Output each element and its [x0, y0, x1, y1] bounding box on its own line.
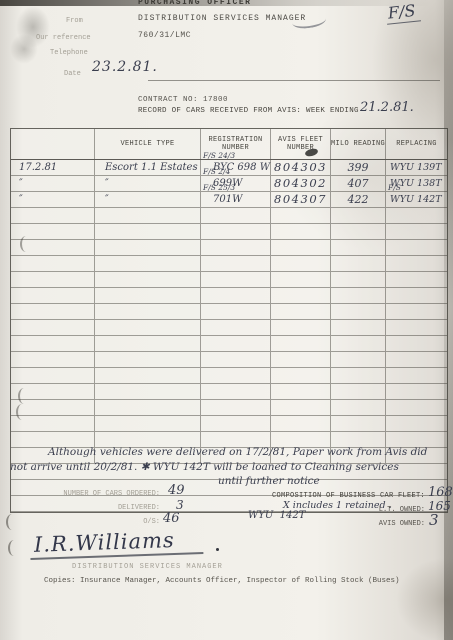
- delivery-date: ″: [11, 192, 95, 207]
- vehicle-type: Escort 1.1 Estates: [95, 160, 201, 175]
- table-empty-row: [11, 256, 447, 272]
- delivery-note-line2: not arrive until 20/2/81. ✱ WYU 142T wil…: [10, 461, 399, 473]
- milo-reading: 407: [331, 176, 386, 191]
- margin-mark: [8, 540, 20, 556]
- replacing-value: F/SWYU 142T: [386, 192, 447, 207]
- fleet-number: 804307: [271, 192, 331, 207]
- ruled-line: [148, 80, 440, 81]
- margin-mark: [6, 514, 18, 530]
- date-value: 23.2.81.: [92, 59, 158, 75]
- header-date: [11, 129, 95, 159]
- signature: I.R.Williams: [30, 527, 204, 560]
- delivery-date: 17.2.81: [11, 160, 95, 175]
- ordered-value: 49: [168, 483, 185, 498]
- fleet-number: 804303: [271, 160, 331, 175]
- addressee-line: PURCHASING OFFICER: [138, 0, 251, 7]
- header-avis-fleet-number: AVIS FLEET NUMBER: [271, 129, 331, 159]
- table-empty-row: [11, 272, 447, 288]
- registration-note: F/S 2/4: [203, 168, 230, 176]
- delivery-note-line1: Although vehicles were delivered on 17/2…: [48, 446, 427, 458]
- fleet-composition-label: COMPOSITION OF BUSINESS CAR FLEET:: [200, 492, 425, 500]
- lt-owned-label: L.T. OWNED:: [370, 506, 425, 514]
- table-empty-row: [11, 384, 447, 400]
- reference-value: 760/31/LMC: [138, 31, 191, 40]
- corner-reference-mark: F/S: [385, 0, 421, 24]
- table-empty-row: [11, 368, 447, 384]
- avis-owned-label: AVIS OWNED:: [355, 520, 425, 528]
- header-milo-reading: MILO READING: [331, 129, 386, 159]
- wyu-loan-note: WYU 142T: [248, 510, 305, 521]
- header-vehicle-type: VEHICLE TYPE: [95, 129, 201, 159]
- milo-reading: 399: [331, 160, 386, 175]
- delivery-note-line3: until further notice: [218, 475, 320, 487]
- outstanding-label: O/S:: [55, 518, 160, 526]
- table-empty-row: [11, 304, 447, 320]
- date-label: Date: [64, 70, 81, 78]
- vehicle-type: ″: [95, 176, 201, 191]
- avis-owned-value: 3: [429, 511, 439, 529]
- registration-note: F/S 24/3: [203, 152, 235, 160]
- vehicle-type: ″: [95, 192, 201, 207]
- header-replacing: REPLACING: [386, 129, 447, 159]
- scanned-memo-page: PURCHASING OFFICER F/S From DISTRIBUTION…: [0, 0, 453, 640]
- registration-note: F/S 25/3: [203, 184, 235, 192]
- copies-line: Copies: Insurance Manager, Accounts Offi…: [44, 577, 400, 585]
- outstanding-value: 46: [163, 511, 180, 526]
- table-empty-row: [11, 416, 447, 432]
- registration: F/S 25/3701W: [201, 192, 271, 207]
- ordered-label: NUMBER OF CARS ORDERED:: [55, 490, 160, 498]
- fleet-composition-value: 168: [428, 485, 453, 500]
- replacing-value: WYU 139T: [386, 160, 447, 175]
- table-empty-row: [11, 288, 447, 304]
- fleet-number: 804302: [271, 176, 331, 191]
- scan-smudge: [10, 34, 38, 64]
- table-row: ″ ″ F/S 25/3701W 804307 422 F/SWYU 142T: [11, 192, 447, 208]
- sender-title: DISTRIBUTION SERVICES MANAGER: [138, 14, 306, 23]
- from-label: From: [66, 17, 83, 25]
- contract-number-line: CONTRACT NO: 17800: [138, 96, 228, 104]
- week-ending-value: 21.2.81.: [360, 100, 414, 115]
- replacing-note: F/S: [388, 184, 401, 192]
- table-empty-row: [11, 400, 447, 416]
- delivered-label: DELIVERED:: [55, 504, 160, 512]
- stray-dot: [216, 548, 219, 551]
- delivery-date: ″: [11, 176, 95, 191]
- milo-reading: 422: [331, 192, 386, 207]
- table-empty-row: [11, 352, 447, 368]
- table-empty-row: [11, 320, 447, 336]
- signatory-title: DISTRIBUTION SERVICES MANAGER: [72, 563, 223, 571]
- table-empty-row: [11, 336, 447, 352]
- table-empty-row: [11, 240, 447, 256]
- table-empty-row: [11, 208, 447, 224]
- telephone-label: Telephone: [50, 49, 88, 57]
- record-subject-line: RECORD OF CARS RECEIVED FROM AVIS: WEEK …: [138, 107, 359, 115]
- reference-label: Our reference: [36, 34, 91, 42]
- table-empty-row: [11, 224, 447, 240]
- delivered-value: 3: [176, 498, 184, 512]
